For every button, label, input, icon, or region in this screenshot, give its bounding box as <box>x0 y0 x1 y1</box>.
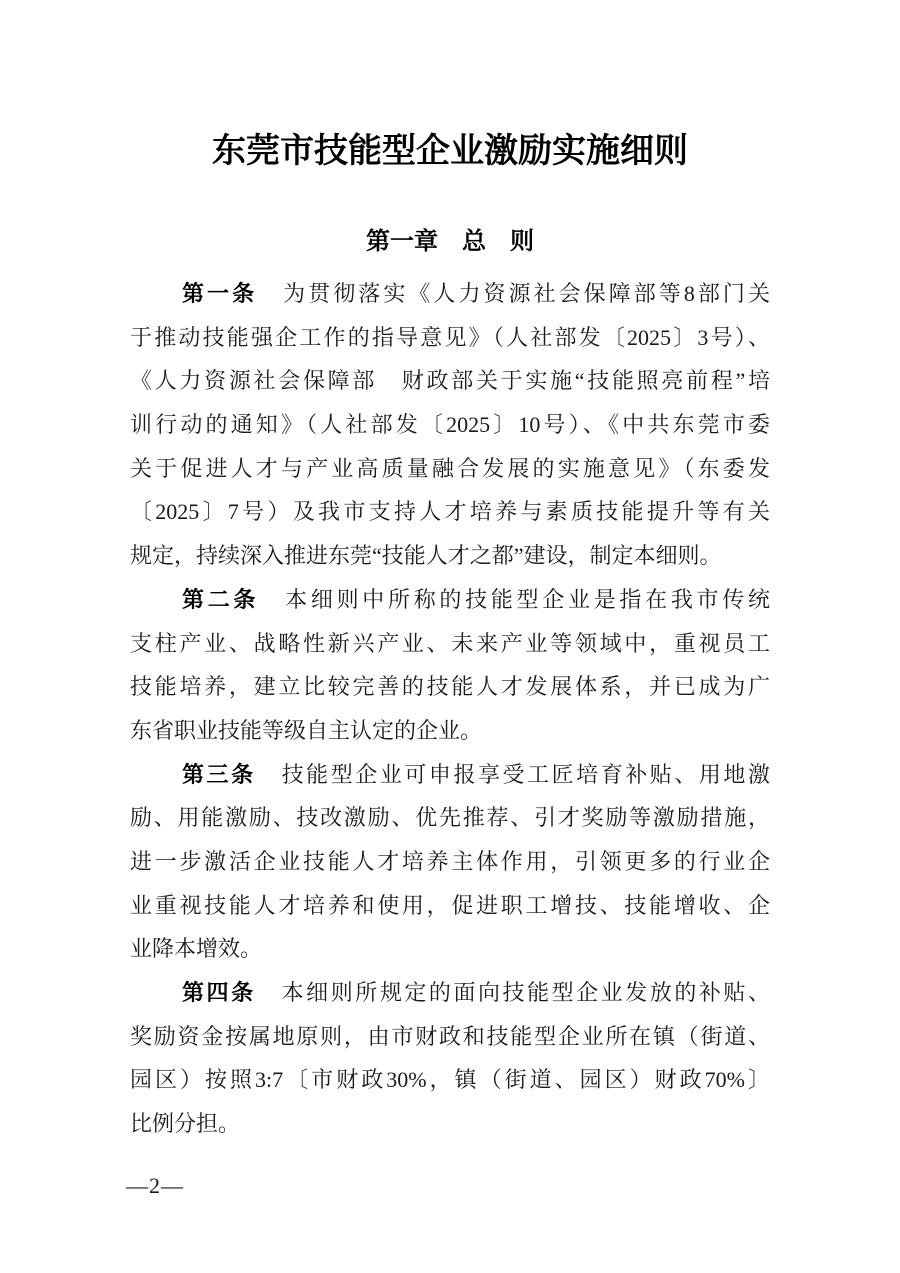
article-3-line-2: 励、用能激励、技改激励、优先推荐、引才奖励等激励措施， <box>130 796 770 840</box>
article-1-line-1: 第一条为贯彻落实《人力资源社会保障部等8部门关 <box>130 272 770 316</box>
article-1-line-4: 训行动的通知》（人社部发〔2025〕10号）、《中共东莞市委 <box>130 403 770 447</box>
page-number: —2— <box>126 1172 184 1200</box>
article-1-line-7: 规定，持续深入推进东莞“技能人才之都”建设，制定本细则。 <box>130 534 770 578</box>
article-4-line-1: 第四条本细则所规定的面向技能型企业发放的补贴、 <box>130 971 770 1015</box>
article-3-label: 第三条 <box>182 762 256 787</box>
article-3-line-4: 业重视技能人才培养和使用，促进职工增技、技能增收、企 <box>130 884 770 928</box>
chapter-heading: 第一章 总 则 <box>0 226 900 258</box>
article-1-line-2: 于推动技能强企工作的指导意见》（人社部发〔2025〕3号）、 <box>130 316 770 360</box>
article-4-line-4: 比例分担。 <box>130 1102 770 1146</box>
article-1-line-5: 关于促进人才与产业高质量融合发展的实施意见》（东委发 <box>130 447 770 491</box>
article-2-line-3: 技能培养，建立比较完善的技能人才发展体系，并已成为广 <box>130 665 770 709</box>
article-3-line-1: 第三条技能型企业可申报享受工匠培育补贴、用地激 <box>130 753 770 797</box>
article-2-line-1: 第二条本细则中所称的技能型企业是指在我市传统 <box>130 578 770 622</box>
article-3-line-5: 业降本增效。 <box>130 927 770 971</box>
article-1-label: 第一条 <box>182 281 257 306</box>
document-title: 东莞市技能型企业激励实施细则 <box>0 130 900 174</box>
article-1-line-6: 〔2025〕7号）及我市支持人才培养与素质技能提升等有关 <box>130 490 770 534</box>
article-2-line-2: 支柱产业、战略性新兴产业、未来产业等领域中，重视员工 <box>130 622 770 666</box>
document-page: 东莞市技能型企业激励实施细则 第一章 总 则 第一条为贯彻落实《人力资源社会保障… <box>0 0 900 1273</box>
article-4-label: 第四条 <box>182 980 256 1005</box>
document-body: 第一条为贯彻落实《人力资源社会保障部等8部门关于推动技能强企工作的指导意见》（人… <box>130 272 770 1146</box>
article-4-line-3: 园区）按照3:7〔市财政30%，镇（街道、园区）财政70%〕 <box>130 1058 770 1102</box>
article-4-line-2: 奖励资金按属地原则，由市财政和技能型企业所在镇（街道、 <box>130 1015 770 1059</box>
article-1-line-3: 《人力资源社会保障部 财政部关于实施“技能照亮前程”培 <box>130 359 770 403</box>
article-2-line-4: 东省职业技能等级自主认定的企业。 <box>130 709 770 753</box>
article-2-label: 第二条 <box>182 587 259 612</box>
article-3-line-3: 进一步激活企业技能人才培养主体作用，引领更多的行业企 <box>130 840 770 884</box>
